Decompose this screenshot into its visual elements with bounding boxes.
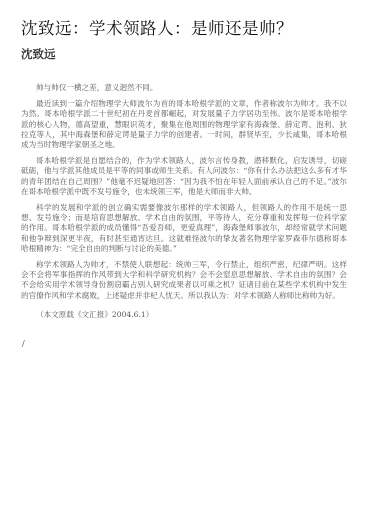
paragraph: 称学术领路人为帅才，不禁使人联想起：统帅三军，令行禁止，组织严密，纪律严明。这样…: [21, 260, 347, 301]
article-title: 沈致远：学术领路人：是师还是帅？: [21, 19, 293, 39]
trailing-mark: /: [22, 339, 25, 348]
paragraph: 科学的发展和学派的创立确实需要像波尔那样的学术领路人，但领路人的作用不是统一思想…: [21, 203, 347, 254]
article-author: 沈致远: [21, 47, 56, 61]
paragraph: 最近读到一篇介绍物理学大师波尔为首的哥本哈根学派的文章，作者称波尔为帅才。我不以…: [21, 99, 347, 150]
source-note: （本文原载《文汇报》2004.6.1）: [21, 310, 347, 320]
paragraph: 哥本哈根学派是自愿结合的，作为学术领路人，波尔言传身教，潜移默化，启发诱导，切磋…: [21, 156, 347, 197]
article-body: 帅与帅仅一横之差，意义迥然不同。 最近读到一篇介绍物理学大师波尔为首的哥本哈根学…: [21, 83, 347, 326]
paragraph: 帅与帅仅一横之差，意义迥然不同。: [21, 83, 347, 93]
